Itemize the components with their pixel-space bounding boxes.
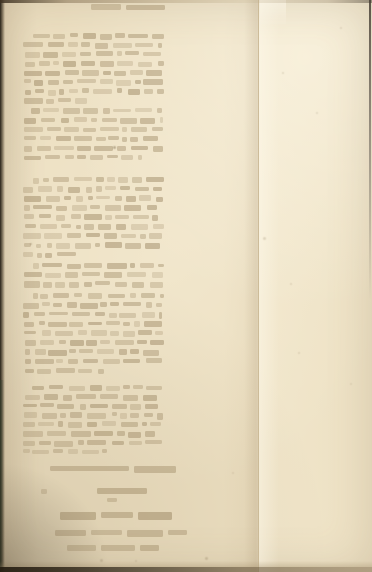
paper-speck bbox=[205, 557, 208, 560]
scan-edge-right bbox=[369, 0, 371, 300]
corner-shadow bbox=[0, 462, 110, 572]
paper-speck bbox=[316, 112, 318, 114]
paper-speck bbox=[113, 146, 116, 149]
paper-speck bbox=[340, 27, 342, 29]
scan-edge-top bbox=[0, 0, 372, 3]
paper-speck bbox=[232, 472, 234, 474]
paper-speck bbox=[350, 383, 352, 385]
paper-speck bbox=[30, 243, 32, 245]
scanned-page-screenshot bbox=[0, 0, 372, 572]
paper-speck bbox=[290, 283, 292, 285]
paper-speck bbox=[263, 237, 266, 240]
paper-speck bbox=[298, 352, 300, 354]
paper-speck bbox=[282, 72, 284, 74]
